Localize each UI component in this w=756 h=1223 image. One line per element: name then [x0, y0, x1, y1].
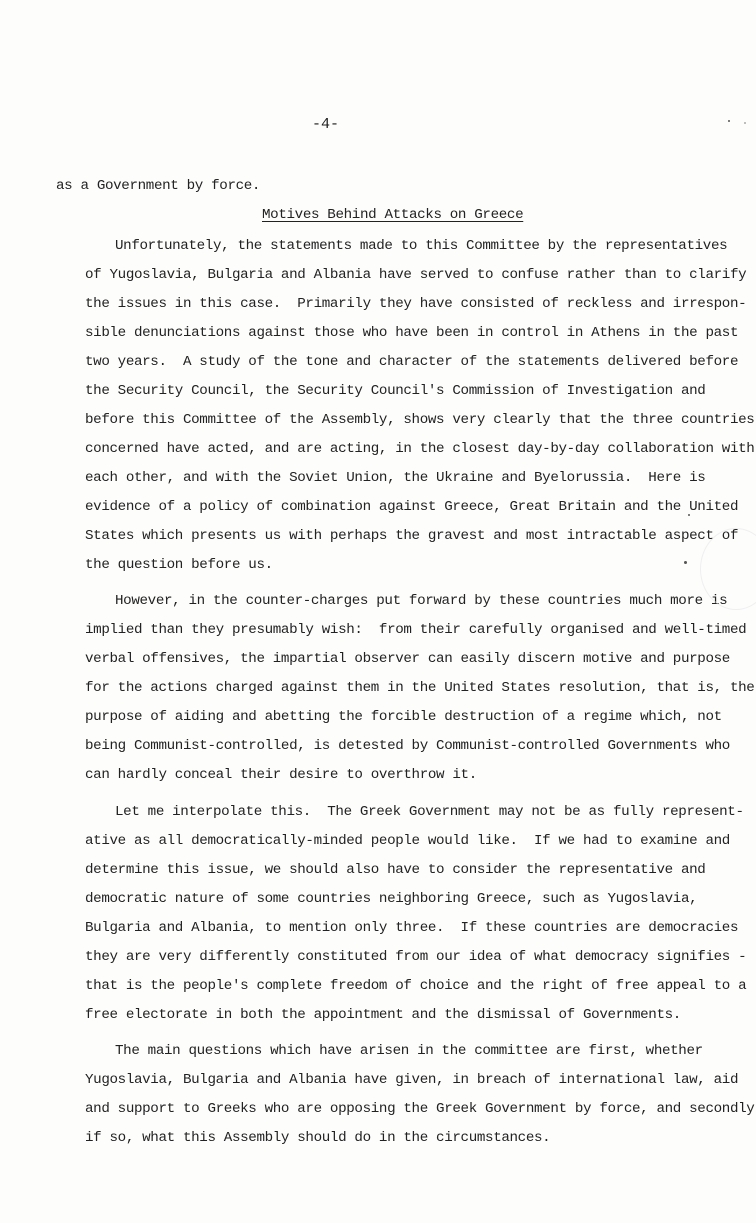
paragraph-line: The main questions which have arisen in …: [115, 1043, 703, 1059]
paragraph-line: free electorate in both the appointment …: [85, 1007, 681, 1023]
paragraph-line: purpose of aiding and abetting the forci…: [85, 709, 722, 725]
paragraph-line: of Yugoslavia, Bulgaria and Albania have…: [85, 267, 746, 283]
page-number: -4-: [312, 116, 339, 133]
paper-speck: [744, 122, 746, 124]
paragraph-line: verbal offensives, the impartial observe…: [85, 651, 730, 667]
paragraph-line: for the actions charged against them in …: [85, 680, 754, 696]
paragraph-line: Bulgaria and Albania, to mention only th…: [85, 920, 738, 936]
paragraph-line: sible denunciations against those who ha…: [85, 325, 738, 341]
paragraph-line: the issues in this case. Primarily they …: [85, 296, 746, 312]
paragraph-line: Yugoslavia, Bulgaria and Albania have gi…: [85, 1072, 738, 1088]
paper-speck: [688, 514, 690, 516]
paragraph-line: concerned have acted, and are acting, in…: [85, 441, 754, 457]
paragraph-line: if so, what this Assembly should do in t…: [85, 1130, 550, 1146]
paragraph-line: Let me interpolate this. The Greek Gover…: [115, 804, 744, 820]
paragraph-line: democratic nature of some countries neig…: [85, 891, 697, 907]
carryover-line: as a Government by force.: [56, 178, 260, 194]
paragraph-line: Unfortunately, the statements made to th…: [115, 238, 727, 254]
paragraph-line: implied than they presumably wish: from …: [85, 622, 746, 638]
paragraph-line: States which presents us with perhaps th…: [85, 528, 738, 544]
paragraph-line: each other, and with the Soviet Union, t…: [85, 470, 705, 486]
paragraph-line: two years. A study of the tone and chara…: [85, 354, 738, 370]
paragraph-line: can hardly conceal their desire to overt…: [85, 767, 477, 783]
document-page: -4- as a Government by force. Motives Be…: [0, 0, 756, 1223]
paragraph-line: before this Committee of the Assembly, s…: [85, 412, 754, 428]
paper-speck: [728, 120, 730, 122]
paragraph-line: they are very differently constituted fr…: [85, 949, 746, 965]
paragraph-line: that is the people's complete freedom of…: [85, 978, 746, 994]
paragraph-line: and support to Greeks who are opposing t…: [85, 1101, 756, 1117]
paragraph-line: However, in the counter-charges put forw…: [115, 593, 727, 609]
paragraph-line: the question before us.: [85, 557, 273, 573]
section-heading: Motives Behind Attacks on Greece: [262, 207, 523, 223]
paragraph-line: evidence of a policy of combination agai…: [85, 499, 738, 515]
paper-speck: [684, 561, 687, 564]
paragraph-line: being Communist-controlled, is detested …: [85, 738, 730, 754]
paragraph-line: the Security Council, the Security Counc…: [85, 383, 705, 399]
paragraph-line: ative as all democratically-minded peopl…: [85, 833, 730, 849]
paragraph-line: determine this issue, we should also hav…: [85, 862, 705, 878]
